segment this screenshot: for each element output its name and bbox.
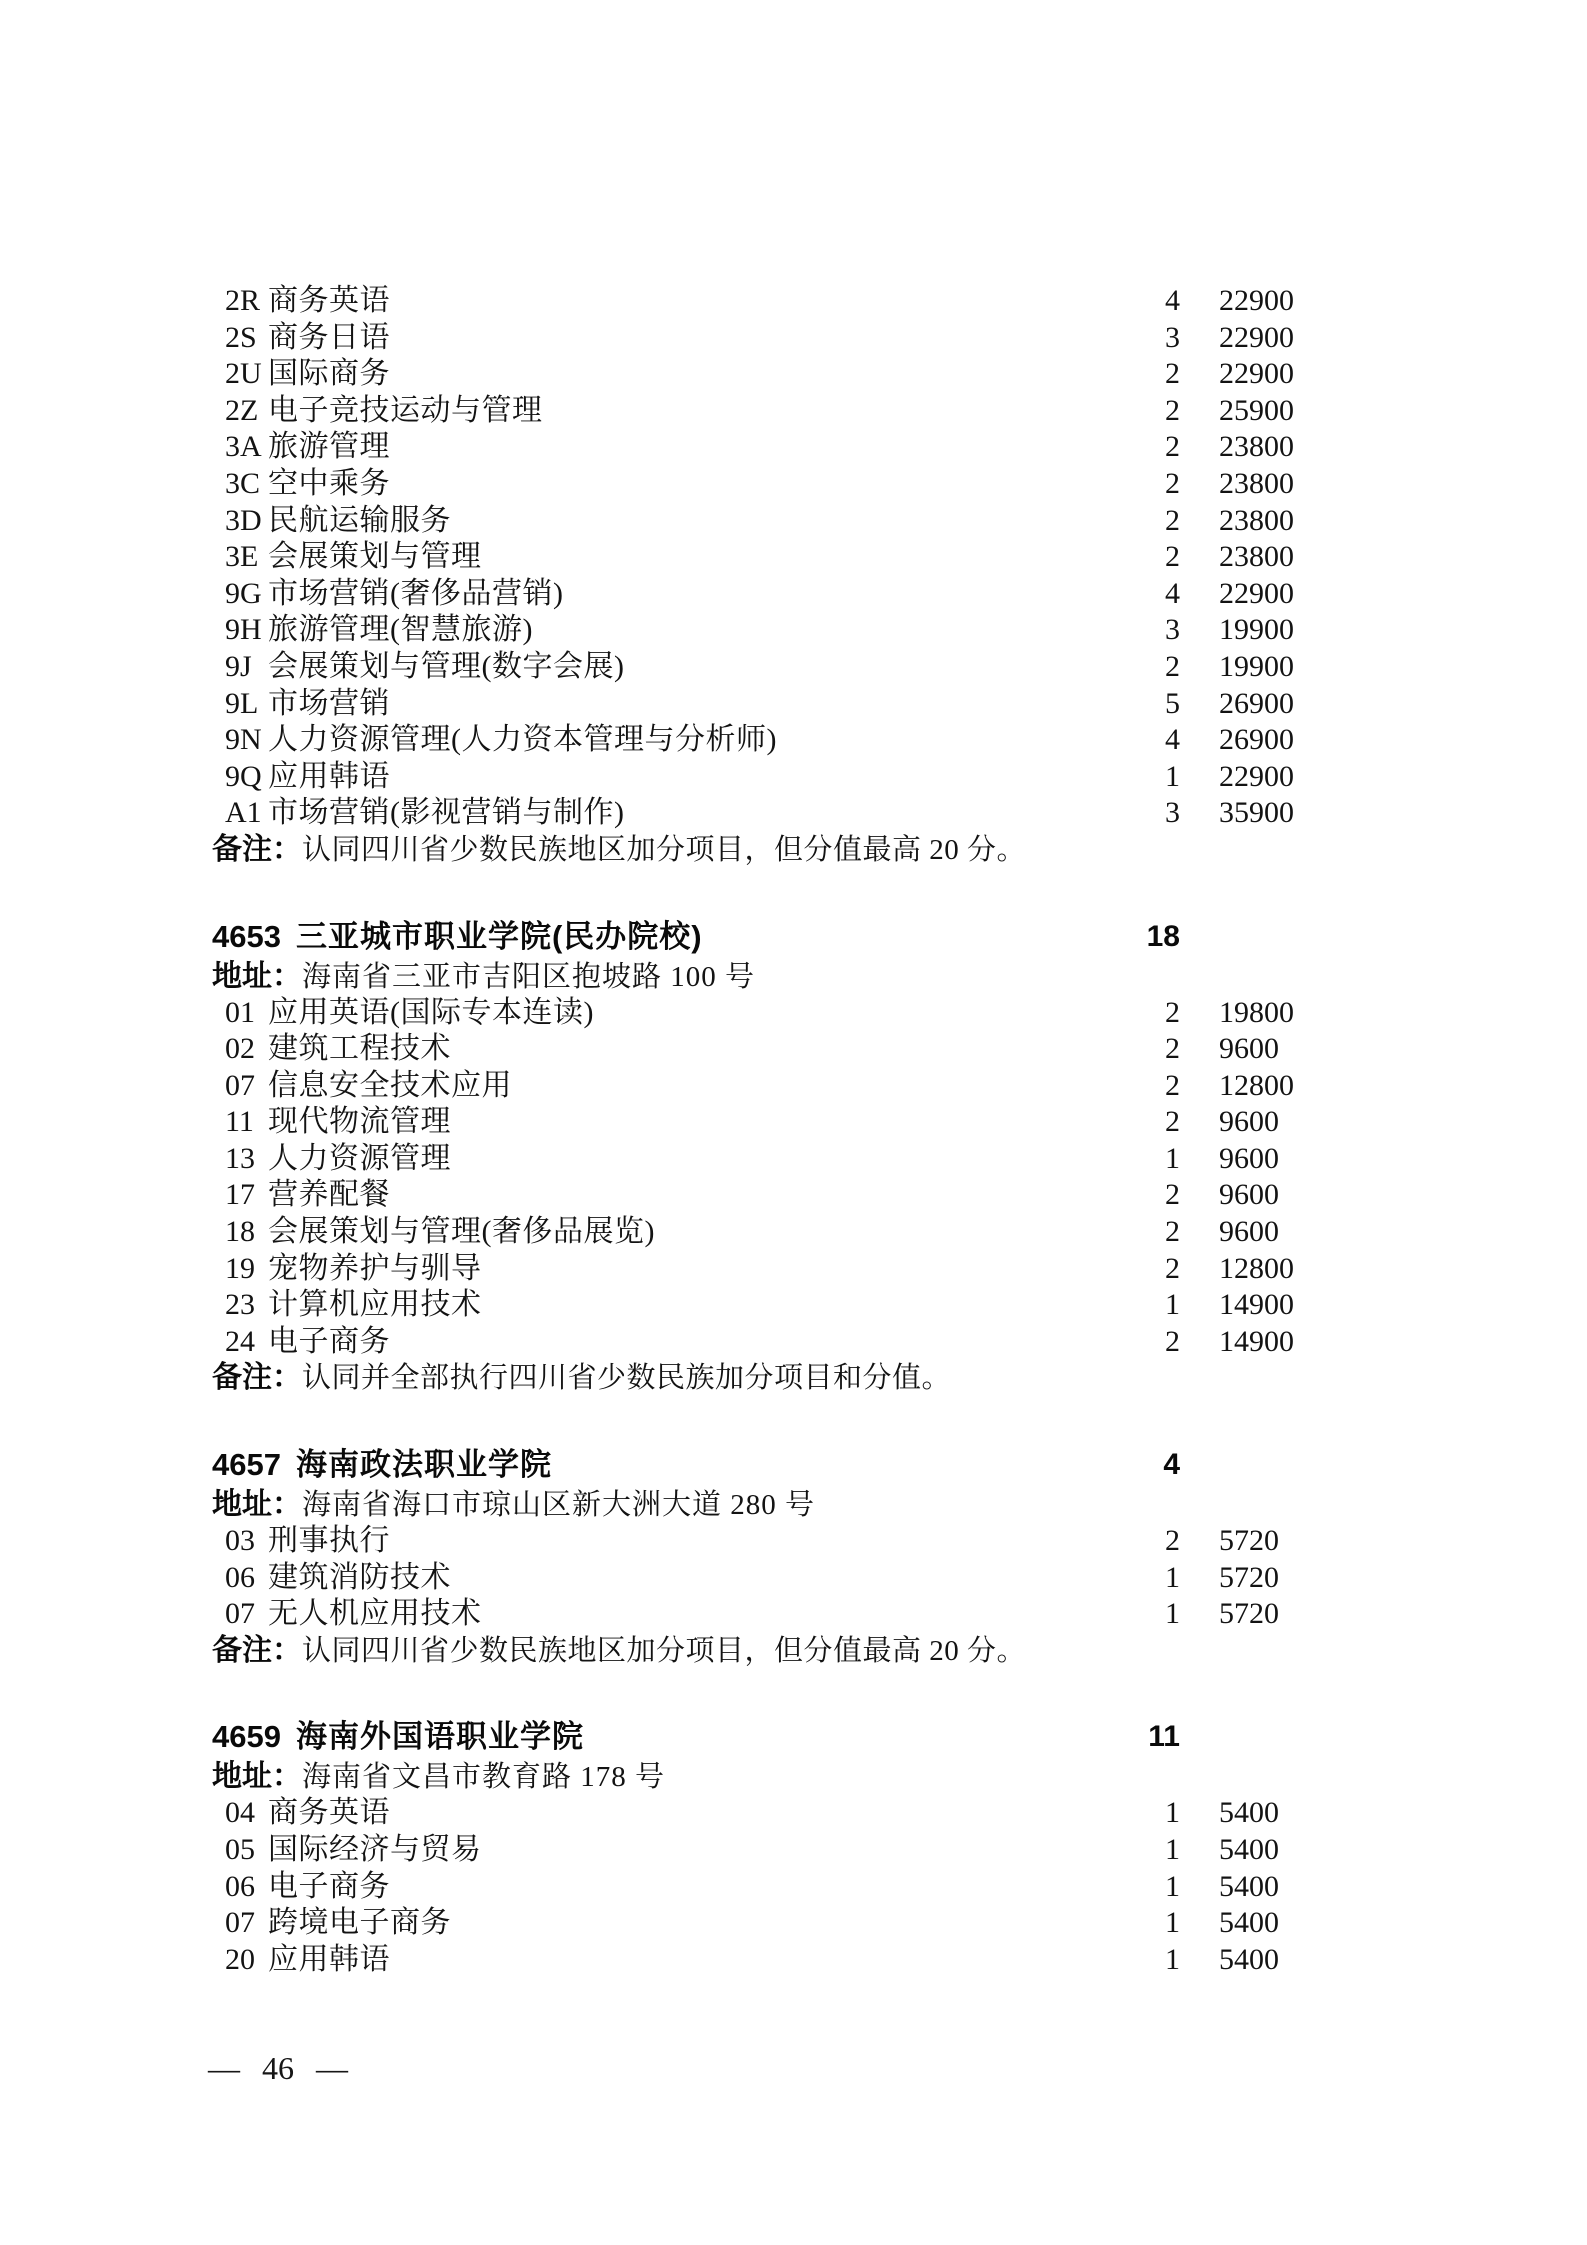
major-row: 03 刑事执行 2 5720 bbox=[0, 1523, 1587, 1560]
college-code: 4659 bbox=[212, 1719, 281, 1754]
major-row: 13 人力资源管理 1 9600 bbox=[0, 1141, 1587, 1178]
major-quota: 3 bbox=[1080, 320, 1180, 357]
major-row: 2U 国际商务 2 22900 bbox=[0, 356, 1587, 393]
major-row: 9N 人力资源管理(人力资本管理与分析师) 4 26900 bbox=[0, 722, 1587, 759]
note-label: 备注： bbox=[212, 1361, 302, 1394]
major-quota: 2 bbox=[1080, 393, 1180, 430]
major-fee: 9600 bbox=[1219, 1214, 1279, 1251]
major-code: 04 bbox=[225, 1795, 255, 1832]
major-fee: 9600 bbox=[1219, 1141, 1279, 1178]
major-name: 跨境电子商务 bbox=[268, 1905, 451, 1942]
major-name: 营养配餐 bbox=[268, 1177, 390, 1214]
address-label: 地址： bbox=[212, 1488, 302, 1521]
major-name: 信息安全技术应用 bbox=[268, 1068, 512, 1105]
major-code: 2S bbox=[225, 320, 257, 357]
major-row: 04 商务英语 1 5400 bbox=[0, 1795, 1587, 1832]
college-header: 4653三亚城市职业学院(民办院校) 18 bbox=[0, 915, 1587, 958]
major-code: 20 bbox=[225, 1942, 255, 1979]
major-quota: 2 bbox=[1080, 1324, 1180, 1361]
college-total-quota: 4 bbox=[1080, 1443, 1180, 1486]
major-name: 旅游管理 bbox=[268, 429, 390, 466]
major-code: 3C bbox=[225, 466, 260, 503]
address-label: 地址： bbox=[212, 960, 302, 993]
major-fee: 23800 bbox=[1219, 503, 1294, 540]
major-list: 2R 商务英语 4 22900 2S 商务日语 3 22900 2U 国际商务 … bbox=[0, 283, 1587, 832]
major-name: 商务英语 bbox=[268, 1795, 390, 1832]
major-fee: 22900 bbox=[1219, 283, 1294, 320]
major-name: 民航运输服务 bbox=[268, 503, 451, 540]
note-label: 备注： bbox=[212, 833, 302, 866]
major-row: 2S 商务日语 3 22900 bbox=[0, 320, 1587, 357]
major-list: 04 商务英语 1 5400 05 国际经济与贸易 1 5400 06 电子商务… bbox=[0, 1795, 1587, 1978]
major-row: 20 应用韩语 1 5400 bbox=[0, 1942, 1587, 1979]
major-row: 24 电子商务 2 14900 bbox=[0, 1324, 1587, 1361]
major-name: 现代物流管理 bbox=[268, 1104, 451, 1141]
major-fee: 23800 bbox=[1219, 539, 1294, 576]
page-number: — 46 — bbox=[208, 2048, 348, 2088]
major-fee: 9600 bbox=[1219, 1031, 1279, 1068]
major-fee: 26900 bbox=[1219, 722, 1294, 759]
major-quota: 2 bbox=[1080, 1523, 1180, 1560]
address-label: 地址： bbox=[212, 1760, 302, 1793]
college-section: 4657海南政法职业学院 4 地址：海南省海口市琼山区新大洲大道 280 号 0… bbox=[0, 1443, 1587, 1669]
address-line: 地址：海南省海口市琼山区新大洲大道 280 号 bbox=[0, 1486, 1587, 1523]
major-quota: 3 bbox=[1080, 612, 1180, 649]
college-list: 2R 商务英语 4 22900 2S 商务日语 3 22900 2U 国际商务 … bbox=[0, 283, 1587, 1978]
major-code: 19 bbox=[225, 1251, 255, 1288]
major-fee: 22900 bbox=[1219, 576, 1294, 613]
major-code: 3A bbox=[225, 429, 262, 466]
major-quota: 2 bbox=[1080, 429, 1180, 466]
major-name: 国际商务 bbox=[268, 356, 390, 393]
major-fee: 23800 bbox=[1219, 429, 1294, 466]
note-text: 认同四川省少数民族地区加分项目，但分值最高 20 分。 bbox=[302, 834, 1026, 866]
major-fee: 14900 bbox=[1219, 1324, 1294, 1361]
major-fee: 5400 bbox=[1219, 1869, 1279, 1906]
major-fee: 12800 bbox=[1219, 1068, 1294, 1105]
major-row: 9Q 应用韩语 1 22900 bbox=[0, 759, 1587, 796]
major-quota: 3 bbox=[1080, 795, 1180, 832]
note-line: 备注：认同四川省少数民族地区加分项目，但分值最高 20 分。 bbox=[0, 832, 1587, 869]
college-section: 4659海南外国语职业学院 11 地址：海南省文昌市教育路 178 号 04 商… bbox=[0, 1715, 1587, 1978]
major-name: 国际经济与贸易 bbox=[268, 1832, 482, 1869]
major-row: 11 现代物流管理 2 9600 bbox=[0, 1104, 1587, 1141]
major-name: 会展策划与管理(奢侈品展览) bbox=[268, 1214, 655, 1251]
major-fee: 22900 bbox=[1219, 356, 1294, 393]
major-row: 2R 商务英语 4 22900 bbox=[0, 283, 1587, 320]
major-code: 07 bbox=[225, 1068, 255, 1105]
major-code: 23 bbox=[225, 1287, 255, 1324]
major-row: 23 计算机应用技术 1 14900 bbox=[0, 1287, 1587, 1324]
major-name: 应用韩语 bbox=[268, 759, 390, 796]
major-fee: 14900 bbox=[1219, 1287, 1294, 1324]
major-quota: 2 bbox=[1080, 539, 1180, 576]
major-fee: 5720 bbox=[1219, 1596, 1279, 1633]
major-code: 3E bbox=[225, 539, 258, 576]
major-code: 02 bbox=[225, 1031, 255, 1068]
major-quota: 1 bbox=[1080, 1596, 1180, 1633]
major-fee: 5400 bbox=[1219, 1905, 1279, 1942]
major-fee: 5720 bbox=[1219, 1560, 1279, 1597]
note-label: 备注： bbox=[212, 1634, 302, 1667]
major-name: 应用英语(国际专本连读) bbox=[268, 995, 594, 1032]
note-line: 备注：认同并全部执行四川省少数民族加分项目和分值。 bbox=[0, 1360, 1587, 1397]
major-name: 会展策划与管理(数字会展) bbox=[268, 649, 624, 686]
major-code: 9Q bbox=[225, 759, 262, 796]
major-quota: 2 bbox=[1080, 1104, 1180, 1141]
major-quota: 2 bbox=[1080, 649, 1180, 686]
major-name: 计算机应用技术 bbox=[268, 1287, 482, 1324]
major-code: 06 bbox=[225, 1869, 255, 1906]
major-row: 17 营养配餐 2 9600 bbox=[0, 1177, 1587, 1214]
major-name: 电子商务 bbox=[268, 1869, 390, 1906]
major-name: 旅游管理(智慧旅游) bbox=[268, 612, 533, 649]
major-code: 9N bbox=[225, 722, 262, 759]
major-fee: 22900 bbox=[1219, 320, 1294, 357]
major-quota: 2 bbox=[1080, 1068, 1180, 1105]
address-text: 海南省三亚市吉阳区抱坡路 100 号 bbox=[302, 961, 755, 993]
major-code: 03 bbox=[225, 1523, 255, 1560]
college-code: 4657 bbox=[212, 1447, 281, 1482]
major-row: 07 信息安全技术应用 2 12800 bbox=[0, 1068, 1587, 1105]
major-row: 01 应用英语(国际专本连读) 2 19800 bbox=[0, 995, 1587, 1032]
major-fee: 9600 bbox=[1219, 1177, 1279, 1214]
major-fee: 19900 bbox=[1219, 612, 1294, 649]
major-name: 电子商务 bbox=[268, 1324, 390, 1361]
document-page: 2R 商务英语 4 22900 2S 商务日语 3 22900 2U 国际商务 … bbox=[0, 0, 1587, 2245]
major-code: 2U bbox=[225, 356, 262, 393]
major-name: 人力资源管理 bbox=[268, 1141, 451, 1178]
major-row: 19 宠物养护与驯导 2 12800 bbox=[0, 1251, 1587, 1288]
major-quota: 4 bbox=[1080, 722, 1180, 759]
major-quota: 1 bbox=[1080, 1795, 1180, 1832]
major-fee: 5400 bbox=[1219, 1795, 1279, 1832]
major-code: 3D bbox=[225, 503, 262, 540]
major-row: 3E 会展策划与管理 2 23800 bbox=[0, 539, 1587, 576]
major-quota: 1 bbox=[1080, 1141, 1180, 1178]
major-fee: 5720 bbox=[1219, 1523, 1279, 1560]
major-quota: 2 bbox=[1080, 356, 1180, 393]
address-line: 地址：海南省三亚市吉阳区抱坡路 100 号 bbox=[0, 958, 1587, 995]
major-row: 18 会展策划与管理(奢侈品展览) 2 9600 bbox=[0, 1214, 1587, 1251]
major-quota: 2 bbox=[1080, 503, 1180, 540]
major-code: 18 bbox=[225, 1214, 255, 1251]
major-row: 06 电子商务 1 5400 bbox=[0, 1869, 1587, 1906]
major-quota: 1 bbox=[1080, 1905, 1180, 1942]
college-total-quota: 11 bbox=[1080, 1715, 1180, 1758]
college-name: 海南外国语职业学院 bbox=[296, 1719, 584, 1754]
note-line: 备注：认同四川省少数民族地区加分项目，但分值最高 20 分。 bbox=[0, 1633, 1587, 1670]
major-code: 2R bbox=[225, 283, 260, 320]
major-fee: 5400 bbox=[1219, 1832, 1279, 1869]
major-code: 9G bbox=[225, 576, 262, 613]
major-name: 应用韩语 bbox=[268, 1942, 390, 1979]
major-name: 市场营销 bbox=[268, 686, 390, 723]
major-name: 宠物养护与驯导 bbox=[268, 1251, 482, 1288]
major-row: 2Z 电子竞技运动与管理 2 25900 bbox=[0, 393, 1587, 430]
major-fee: 19900 bbox=[1219, 649, 1294, 686]
major-name: 建筑消防技术 bbox=[268, 1560, 451, 1597]
note-text: 认同四川省少数民族地区加分项目，但分值最高 20 分。 bbox=[302, 1635, 1026, 1667]
major-fee: 19800 bbox=[1219, 995, 1294, 1032]
address-text: 海南省文昌市教育路 178 号 bbox=[302, 1761, 665, 1793]
major-fee: 5400 bbox=[1219, 1942, 1279, 1979]
major-quota: 2 bbox=[1080, 466, 1180, 503]
major-row: 06 建筑消防技术 1 5720 bbox=[0, 1560, 1587, 1597]
major-quota: 2 bbox=[1080, 995, 1180, 1032]
major-fee: 26900 bbox=[1219, 686, 1294, 723]
major-fee: 25900 bbox=[1219, 393, 1294, 430]
major-quota: 2 bbox=[1080, 1031, 1180, 1068]
major-name: 商务英语 bbox=[268, 283, 390, 320]
major-code: 11 bbox=[225, 1104, 254, 1141]
major-code: 05 bbox=[225, 1832, 255, 1869]
major-code: 07 bbox=[225, 1596, 255, 1633]
major-name: 电子竞技运动与管理 bbox=[268, 393, 543, 430]
major-quota: 1 bbox=[1080, 1560, 1180, 1597]
major-list: 01 应用英语(国际专本连读) 2 19800 02 建筑工程技术 2 9600… bbox=[0, 995, 1587, 1361]
college-name: 三亚城市职业学院(民办院校) bbox=[296, 919, 703, 954]
major-code: 06 bbox=[225, 1560, 255, 1597]
major-code: 9J bbox=[225, 649, 252, 686]
major-quota: 2 bbox=[1080, 1177, 1180, 1214]
major-row: 3D 民航运输服务 2 23800 bbox=[0, 503, 1587, 540]
major-code: 17 bbox=[225, 1177, 255, 1214]
major-name: 无人机应用技术 bbox=[268, 1596, 482, 1633]
college-header: 4659海南外国语职业学院 11 bbox=[0, 1715, 1587, 1758]
major-code: A1 bbox=[225, 795, 262, 832]
major-code: 2Z bbox=[225, 393, 258, 430]
major-quota: 1 bbox=[1080, 759, 1180, 796]
major-row: 05 国际经济与贸易 1 5400 bbox=[0, 1832, 1587, 1869]
major-code: 07 bbox=[225, 1905, 255, 1942]
college-header: 4657海南政法职业学院 4 bbox=[0, 1443, 1587, 1486]
major-code: 13 bbox=[225, 1141, 255, 1178]
college-code: 4653 bbox=[212, 919, 281, 954]
major-row: 3A 旅游管理 2 23800 bbox=[0, 429, 1587, 466]
major-fee: 35900 bbox=[1219, 795, 1294, 832]
major-quota: 2 bbox=[1080, 1214, 1180, 1251]
major-fee: 22900 bbox=[1219, 759, 1294, 796]
major-quota: 2 bbox=[1080, 1251, 1180, 1288]
college-section: 4653三亚城市职业学院(民办院校) 18 地址：海南省三亚市吉阳区抱坡路 10… bbox=[0, 915, 1587, 1398]
major-name: 商务日语 bbox=[268, 320, 390, 357]
major-row: 9J 会展策划与管理(数字会展) 2 19900 bbox=[0, 649, 1587, 686]
major-row: 02 建筑工程技术 2 9600 bbox=[0, 1031, 1587, 1068]
major-fee: 12800 bbox=[1219, 1251, 1294, 1288]
major-quota: 1 bbox=[1080, 1832, 1180, 1869]
major-quota: 1 bbox=[1080, 1942, 1180, 1979]
major-name: 空中乘务 bbox=[268, 466, 390, 503]
major-row: 07 无人机应用技术 1 5720 bbox=[0, 1596, 1587, 1633]
major-list: 03 刑事执行 2 5720 06 建筑消防技术 1 5720 07 无人机应用… bbox=[0, 1523, 1587, 1633]
major-code: 9H bbox=[225, 612, 262, 649]
major-fee: 9600 bbox=[1219, 1104, 1279, 1141]
major-fee: 23800 bbox=[1219, 466, 1294, 503]
major-name: 会展策划与管理 bbox=[268, 539, 482, 576]
major-code: 01 bbox=[225, 995, 255, 1032]
major-code: 9L bbox=[225, 686, 258, 723]
major-name: 人力资源管理(人力资本管理与分析师) bbox=[268, 722, 777, 759]
note-text: 认同并全部执行四川省少数民族加分项目和分值。 bbox=[302, 1362, 951, 1394]
college-section: 2R 商务英语 4 22900 2S 商务日语 3 22900 2U 国际商务 … bbox=[0, 283, 1587, 869]
major-quota: 1 bbox=[1080, 1869, 1180, 1906]
major-quota: 5 bbox=[1080, 686, 1180, 723]
address-text: 海南省海口市琼山区新大洲大道 280 号 bbox=[302, 1489, 815, 1521]
major-code: 24 bbox=[225, 1324, 255, 1361]
major-quota: 4 bbox=[1080, 576, 1180, 613]
major-quota: 1 bbox=[1080, 1287, 1180, 1324]
major-row: 07 跨境电子商务 1 5400 bbox=[0, 1905, 1587, 1942]
major-name: 市场营销(影视营销与制作) bbox=[268, 795, 624, 832]
college-name: 海南政法职业学院 bbox=[296, 1447, 552, 1482]
major-row: 9L 市场营销 5 26900 bbox=[0, 686, 1587, 723]
major-name: 刑事执行 bbox=[268, 1523, 390, 1560]
major-name: 市场营销(奢侈品营销) bbox=[268, 576, 563, 613]
college-total-quota: 18 bbox=[1080, 915, 1180, 958]
major-name: 建筑工程技术 bbox=[268, 1031, 451, 1068]
major-row: 9G 市场营销(奢侈品营销) 4 22900 bbox=[0, 576, 1587, 613]
major-row: A1 市场营销(影视营销与制作) 3 35900 bbox=[0, 795, 1587, 832]
major-quota: 4 bbox=[1080, 283, 1180, 320]
major-row: 3C 空中乘务 2 23800 bbox=[0, 466, 1587, 503]
address-line: 地址：海南省文昌市教育路 178 号 bbox=[0, 1758, 1587, 1795]
major-row: 9H 旅游管理(智慧旅游) 3 19900 bbox=[0, 612, 1587, 649]
